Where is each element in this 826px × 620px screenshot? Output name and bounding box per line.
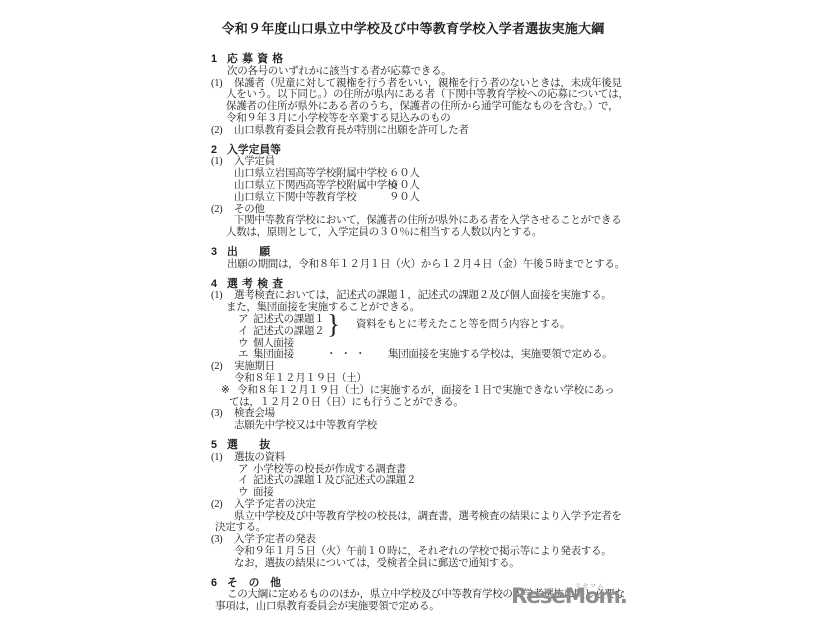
text-line: その他 <box>234 204 265 215</box>
list-item: (2)山口県教育委員会教育長が特別に出願を許可した者 <box>0 125 826 137</box>
section-heading: 1応募資格 <box>0 54 826 66</box>
text-line: 選考検査においては，記述式の課題１，記述式の課題２及び個人面接を実施する。 <box>234 290 611 301</box>
item-marker: (1) <box>211 290 234 302</box>
section-heading-label: 応募資格 <box>227 53 287 65</box>
text-line: 令和８年１２月１９日（土） <box>0 373 826 385</box>
school-capacity-row: 山口県立下関中等教育学校９０人 <box>0 192 826 204</box>
text-line: 山口県教育委員会教育長が特別に出願を許可した者 <box>234 125 469 136</box>
section-heading-label: 選 抜 <box>227 439 270 451</box>
item-marker: (1) <box>211 452 234 464</box>
ellipsis-dots: ・・・ <box>326 349 388 361</box>
text-line: 県立中学校及び中等教育学校の校長は，調査書，選考検査の結果により入学予定者を <box>0 511 826 523</box>
section-heading: 2入学定員等 <box>0 145 826 157</box>
list-item: (1)選抜の資料 <box>0 452 826 464</box>
bracketed-task-group: ア記述式の課題１ イ記述式の課題２ } 資料をもとに考えたこと等を問う内容とする… <box>0 314 826 338</box>
school-name: 山口県立下関西高等学校附属中学校 <box>234 180 389 192</box>
list-item: (1)選考検査においては，記述式の課題１，記述式の課題２及び個人面接を実施する。 <box>0 290 826 302</box>
item-marker: (2) <box>211 499 234 511</box>
section-heading-label: 選考検査 <box>227 278 287 290</box>
item-marker: (2) <box>211 204 234 216</box>
section-heading: 5選 抜 <box>0 440 826 452</box>
text-line: 入学定員 <box>234 156 275 167</box>
item-marker: (1) <box>211 78 234 90</box>
school-capacity-row: 山口県立下関西高等学校附属中学校６０人 <box>0 180 826 192</box>
document-body: 1応募資格 次の各号のいずれかに該当する者が応募できる。 (1)保護者（児童に対… <box>0 46 826 613</box>
text-line: 集団面接 <box>253 349 326 361</box>
text-line: 出願の期間は，令和８年１２月１日（火）から１２月４日（金）午後５時までとする。 <box>0 259 826 271</box>
list-item: (2)実施期日 <box>0 361 826 373</box>
section-number: 3 <box>211 247 227 259</box>
section-heading: 3出 願 <box>0 247 826 259</box>
note-marker: ※ <box>221 385 237 397</box>
document-title: 令和９年度山口県立中学校及び中等教育学校入学者選抜実施大綱 <box>0 18 826 37</box>
bracket-annotation: 資料をもとに考えたこと等を問う内容とする。 <box>356 319 570 331</box>
kana-list-item: イ記述式の課題１及び記述式の課題２ <box>0 475 826 487</box>
item-marker: (2) <box>211 361 234 373</box>
text-line: 集団面接を実施する学校は，実施要領で定める。 <box>388 349 612 360</box>
kana-list-item: ウ個人面接 <box>0 338 826 350</box>
resemom-ruby-label: リセマム <box>575 581 605 590</box>
text-line: 小学校等の校長が作成する調査書 <box>253 464 406 475</box>
kana-marker: ア <box>238 314 253 326</box>
text-line: 人数は，原則として，入学定員の３０％に相当する人数以内とする。 <box>0 227 826 239</box>
section-number: 2 <box>211 145 227 157</box>
text-line: この大綱に定めるもののほか，県立中学校及び中等教育学校の入学者選抜に関し必要な <box>0 589 826 601</box>
section-4-selection-examination: 4選考検査 (1)選考検査においては，記述式の課題１，記述式の課題２及び個人面接… <box>0 279 826 432</box>
item-marker: (3) <box>211 408 234 420</box>
list-item: (2)入学予定者の決定 <box>0 499 826 511</box>
section-1-application-eligibility: 1応募資格 次の各号のいずれかに該当する者が応募できる。 (1)保護者（児童に対… <box>0 54 826 137</box>
item-marker: (1) <box>211 156 234 168</box>
section-2-admission-capacity: 2入学定員等 (1)入学定員 山口県立岩国高等学校附属中学校６０人 山口県立下関… <box>0 145 826 239</box>
text-line: 下関中等教育学校において，保護者の住所が県外にある者を入学させることができる <box>0 215 826 227</box>
note-line: ※令和８年１２月１９日（土）に実施するが，面接を１日で実施できない学校にあっ <box>0 385 826 397</box>
list-item: (3)検査会場 <box>0 408 826 420</box>
text-line: 入学予定者の決定 <box>234 499 316 510</box>
section-heading: 6そ の 他 <box>0 578 826 590</box>
school-count: ６０人 <box>389 168 420 179</box>
text-line: 面接 <box>253 487 273 498</box>
text-line: ては，１２月２０日（日）にも行うことができる。 <box>0 397 826 409</box>
kana-marker: エ <box>238 349 253 361</box>
text-line: また，集団面接を実施することができる。 <box>0 302 826 314</box>
text-line: 保護者（児童に対して親権を行う者をいい，親権を行う者のないときは，未成年後見 <box>234 78 622 89</box>
list-item: (2)その他 <box>0 204 826 216</box>
text-line: 記述式の課題１及び記述式の課題２ <box>253 475 416 486</box>
text-line: 入学予定者の発表 <box>234 534 316 545</box>
text-line: 令和９年１月５日（火）午前１０時に，それぞれの学校で掲示等により発表する。 <box>0 546 826 558</box>
list-item: (1)入学定員 <box>0 156 826 168</box>
text-line: 個人面接 <box>253 338 294 349</box>
section-number: 6 <box>211 578 227 590</box>
kana-list-item: ウ面接 <box>0 487 826 499</box>
kana-marker: ア <box>238 464 253 476</box>
section-3-application: 3出 願 出願の期間は，令和８年１２月１日（火）から１２月４日（金）午後５時まで… <box>0 247 826 271</box>
text-line: 保護者の住所が県外にある者のうち，保護者の住所から通学可能なものを含む。）で， <box>0 101 826 113</box>
text-line: 事項は，山口県教育委員会が実施要領で定める。 <box>0 601 826 613</box>
school-name: 山口県立下関中等教育学校 <box>234 192 389 204</box>
section-heading-label: そ の 他 <box>227 577 281 589</box>
text-line: 志願先中学校又は中等教育学校 <box>0 420 826 432</box>
school-capacity-row: 山口県立岩国高等学校附属中学校６０人 <box>0 168 826 180</box>
list-item: (3)入学予定者の発表 <box>0 534 826 546</box>
text-line: 令和８年１２月１９日（土）に実施するが，面接を１日で実施できない学校にあっ <box>237 385 614 396</box>
kana-marker: イ <box>238 326 253 338</box>
kana-marker: イ <box>238 475 253 487</box>
item-marker: (3) <box>211 534 234 546</box>
text-line: 記述式の課題２ <box>253 326 324 337</box>
section-heading: 4選考検査 <box>0 279 826 291</box>
kana-list-item: ア小学校等の校長が作成する調査書 <box>0 464 826 476</box>
text-line: 次の各号のいずれかに該当する者が応募できる。 <box>0 66 826 78</box>
document-page: 令和９年度山口県立中学校及び中等教育学校入学者選抜実施大綱 1応募資格 次の各号… <box>0 0 826 620</box>
school-count: ６０人 <box>389 180 420 191</box>
text-line: 記述式の課題１ <box>253 314 324 325</box>
text-line: 選抜の資料 <box>234 452 285 463</box>
text-line: 令和９年３月に小学校等を卒業する見込みのもの <box>0 113 826 125</box>
kana-marker: ウ <box>238 487 253 499</box>
section-5-selection: 5選 抜 (1)選抜の資料 ア小学校等の校長が作成する調査書 イ記述式の課題１及… <box>0 440 826 570</box>
text-line: 人をいう。以下同じ。）の住所が県内にある者（下関中等教育学校への応募については， <box>0 89 826 101</box>
school-count: ９０人 <box>389 192 420 203</box>
list-item: (1)保護者（児童に対して親権を行う者をいい，親権を行う者のないときは，未成年後… <box>0 78 826 90</box>
brace-decoration: } <box>327 311 340 338</box>
section-6-other: 6そ の 他 この大綱に定めるもののほか，県立中学校及び中等教育学校の入学者選抜… <box>0 578 826 613</box>
section-heading-label: 入学定員等 <box>227 144 281 156</box>
text-line: なお，選抜の結果については，受検者全員に郵送で通知する。 <box>0 558 826 570</box>
section-heading-label: 出 願 <box>227 246 270 258</box>
section-number: 4 <box>211 279 227 291</box>
resemom-watermark: リセマムReseMom. <box>511 584 628 609</box>
text-line: 検査会場 <box>234 408 275 419</box>
text-line: 実施期日 <box>234 361 275 372</box>
resemom-logo-period: . <box>620 584 628 609</box>
item-marker: (2) <box>211 125 234 137</box>
kana-marker: ウ <box>238 338 253 350</box>
school-name: 山口県立岩国高等学校附属中学校 <box>234 168 389 180</box>
text-line: 決定する。 <box>0 522 826 534</box>
kana-list-item: エ集団面接・・・集団面接を実施する学校は，実施要領で定める。 <box>0 349 826 361</box>
section-number: 1 <box>211 54 227 66</box>
section-number: 5 <box>211 440 227 452</box>
